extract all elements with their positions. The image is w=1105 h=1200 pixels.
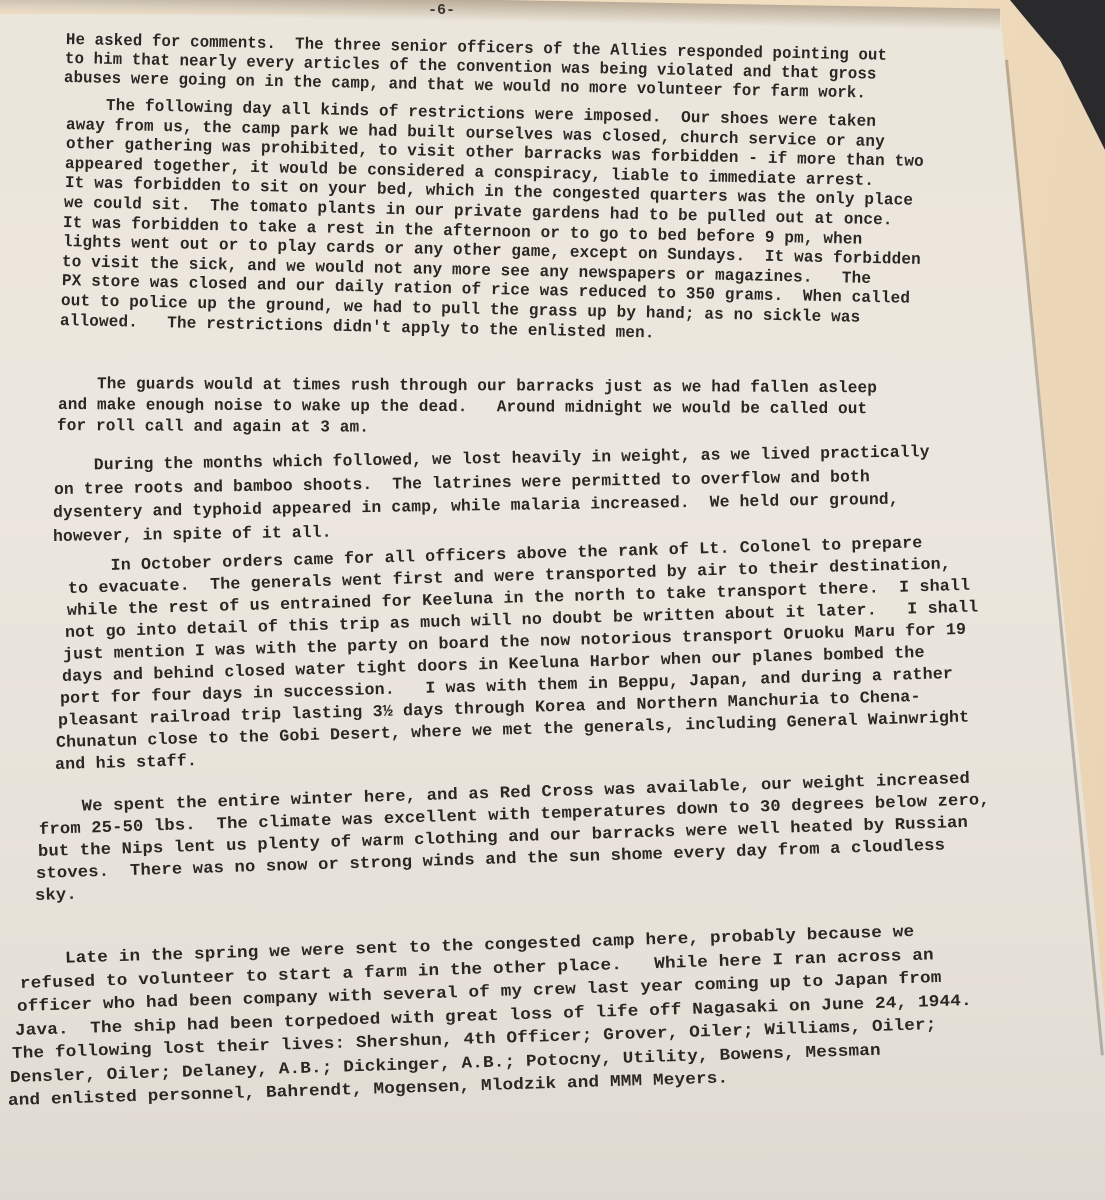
text-line: for roll call and again at 3 am. xyxy=(57,416,369,437)
text-line: sky. xyxy=(35,885,77,905)
text-line: and make enough noise to wake up the dea… xyxy=(58,395,867,418)
page-number: -6- xyxy=(428,2,455,19)
text-line: The guards would at times rush through o… xyxy=(58,374,877,397)
text-line: and his staff. xyxy=(54,751,197,774)
text-line: however, in spite of it all. xyxy=(53,522,332,545)
page-text: -6- He asked for comments. The three sen… xyxy=(0,0,1105,1200)
